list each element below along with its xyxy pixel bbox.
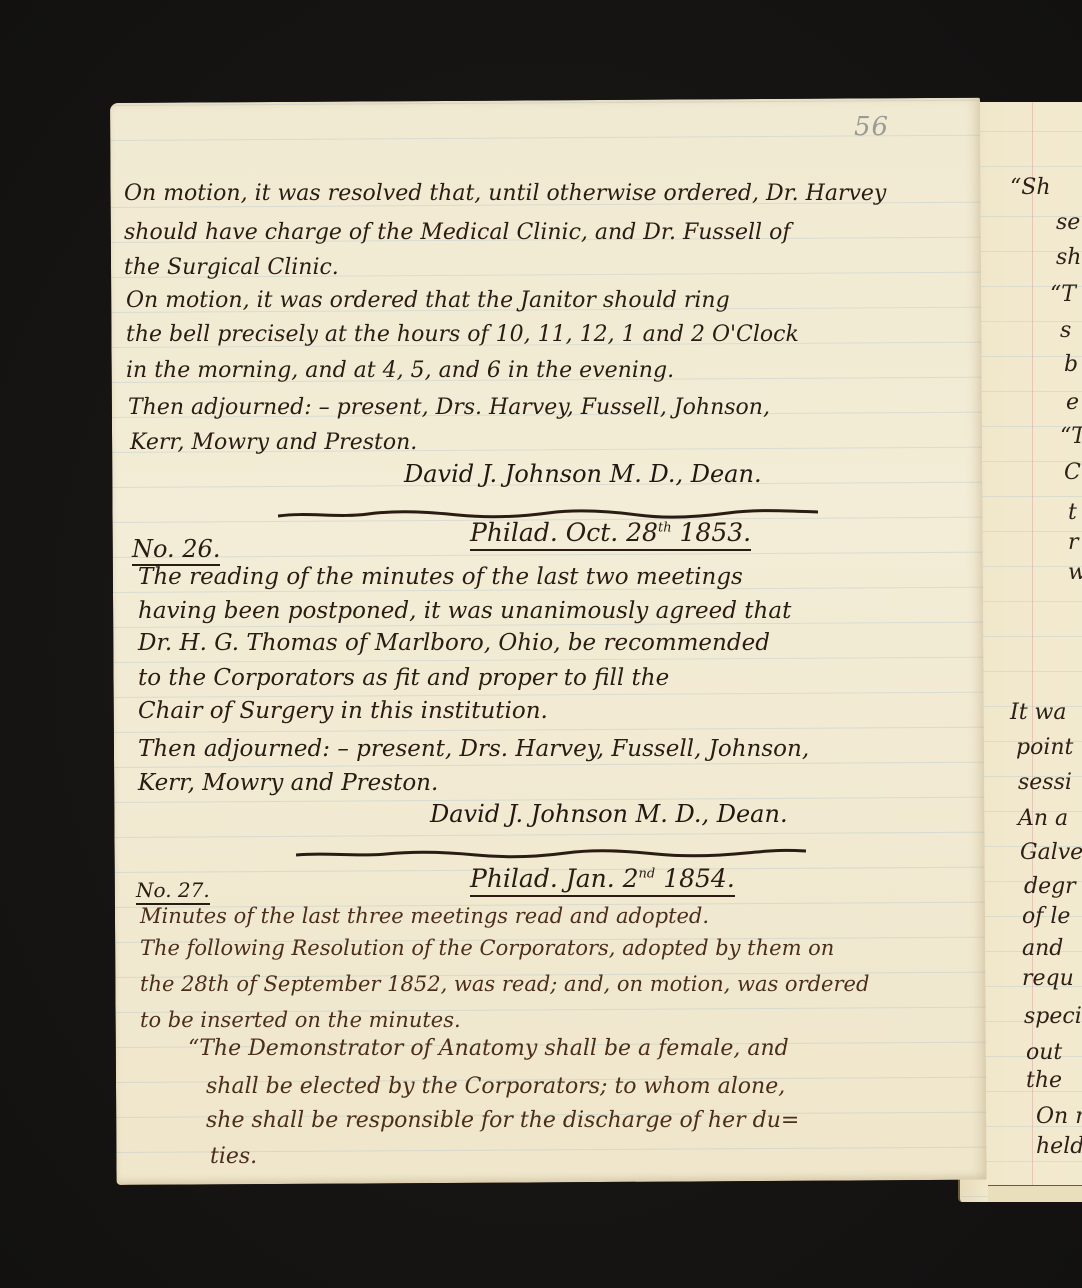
dean-signature: David J. Johnson M. D., Dean. <box>404 460 762 488</box>
text-line: Chair of Surgery in this institution. <box>138 700 548 723</box>
text-line: the bell precisely at the hours of 10, 1… <box>126 324 799 346</box>
text-line: having been postponed, it was unanimousl… <box>138 600 791 623</box>
facing-fragment: requ <box>1022 966 1074 991</box>
date-year: 1853. <box>672 518 752 547</box>
facing-page-underleaf <box>988 1185 1082 1202</box>
quote-line: shall be elected by the Corporators; to … <box>206 1076 785 1098</box>
date-year: 1854. <box>655 864 735 893</box>
text-line: Kerr, Mowry and Preston. <box>138 772 438 795</box>
text-line: the Surgical Clinic. <box>124 257 339 279</box>
text-line: to the Corporators as fit and proper to … <box>138 667 669 690</box>
facing-fragment: b <box>1064 352 1078 377</box>
date-text: Philad. Jan. 2 <box>470 864 639 893</box>
facing-fragment: out <box>1026 1040 1062 1065</box>
entry-date: Philad. Oct. 28th 1853. <box>470 518 751 551</box>
entry-number: No. 26. <box>132 535 220 566</box>
margin-rule <box>1032 102 1033 1202</box>
facing-fragment: s <box>1060 318 1071 343</box>
facing-fragment: degr <box>1024 874 1076 899</box>
text-line: to be inserted on the minutes. <box>140 1010 461 1031</box>
facing-fragment: held <box>1036 1134 1082 1159</box>
text-line: in the morning, and at 4, 5, and 6 in th… <box>126 360 674 382</box>
facing-fragment: w <box>1068 560 1082 585</box>
facing-fragment: Galve <box>1020 840 1082 865</box>
text-line: The reading of the minutes of the last t… <box>138 566 743 589</box>
text-line: the 28th of September 1852, was read; an… <box>140 974 869 995</box>
entry-number: No. 27. <box>136 878 210 905</box>
facing-fragment: It wa <box>1010 700 1066 725</box>
facing-fragment: “T <box>1050 282 1076 307</box>
facing-fragment: C <box>1064 460 1081 485</box>
facing-fragment: the <box>1026 1068 1062 1093</box>
facing-fragment: “T <box>1060 424 1082 449</box>
dean-signature: David J. Johnson M. D., Dean. <box>430 800 788 828</box>
quote-line: “The Demonstrator of Anatomy shall be a … <box>188 1038 789 1060</box>
text-line: Dr. H. G. Thomas of Marlboro, Ohio, be r… <box>138 632 770 655</box>
text-line: The following Resolution of the Corporat… <box>140 938 834 959</box>
quote-line: ties. <box>210 1146 257 1168</box>
quote-line: she shall be responsible for the dischar… <box>206 1110 799 1132</box>
text-line: Kerr, Mowry and Preston. <box>130 432 417 454</box>
facing-fragment: r <box>1068 530 1079 555</box>
entry-date: Philad. Jan. 2nd 1854. <box>470 864 735 897</box>
date-ordinal: nd <box>639 867 656 882</box>
text-line: On motion, it was ordered that the Janit… <box>126 290 730 312</box>
facing-fragment: t <box>1068 500 1077 525</box>
section-divider-flourish <box>296 848 806 860</box>
date-text: Philad. Oct. 28 <box>470 518 658 547</box>
facing-fragment: and <box>1022 936 1063 961</box>
facing-fragment: An a <box>1018 806 1068 831</box>
facing-fragment: e <box>1066 390 1079 415</box>
text-line: On motion, it was resolved that, until o… <box>124 183 886 205</box>
text-line: should have charge of the Medical Clinic… <box>124 222 790 244</box>
text-line: Then adjourned: – present, Drs. Harvey, … <box>128 397 770 419</box>
facing-fragment: sessi <box>1018 770 1072 795</box>
date-ordinal: th <box>658 521 672 536</box>
facing-fragment: sh <box>1056 245 1081 270</box>
facing-fragment: point <box>1016 735 1073 760</box>
facing-fragment: of le <box>1022 904 1070 929</box>
text-line: Then adjourned: – present, Drs. Harvey, … <box>138 738 809 761</box>
facing-fragment: se <box>1056 210 1080 235</box>
page-number: 56 <box>854 112 889 142</box>
facing-fragment: On m <box>1036 1104 1082 1129</box>
text-line: Minutes of the last three meetings read … <box>140 906 709 927</box>
facing-fragment: “Sh <box>1010 175 1051 200</box>
facing-fragment: speci <box>1024 1004 1082 1029</box>
